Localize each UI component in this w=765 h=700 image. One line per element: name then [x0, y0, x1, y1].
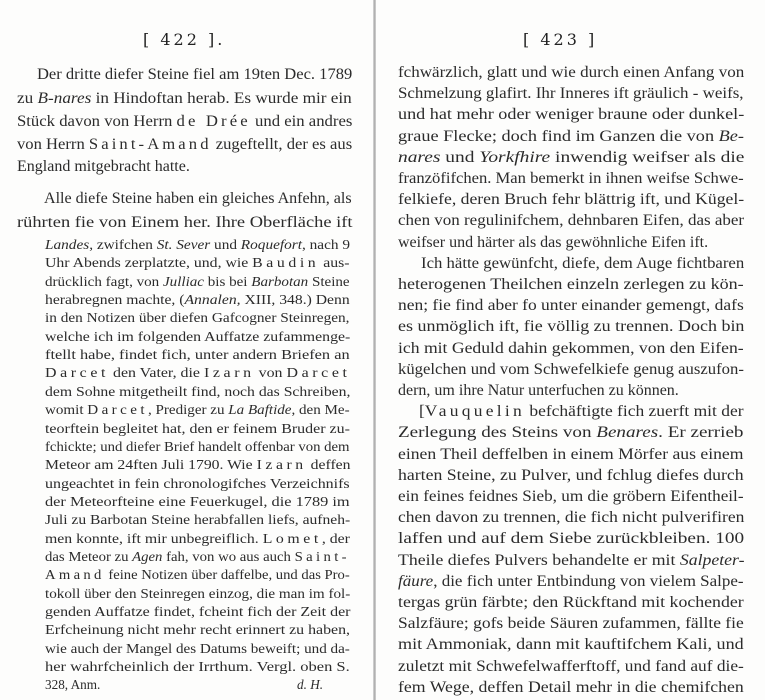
footnote-line: men konnte, ift mir unbegreiflich. Lomet…: [45, 531, 350, 547]
text-line: Schmelzung glafirt. Ihr Inneres ift gräu…: [398, 85, 744, 103]
text-line: chen von regulinifchem, dehnbaren Eifen,…: [398, 212, 744, 230]
text-line: von Herrn Saint-Amand zugeftellt, der es…: [17, 136, 352, 154]
text-line: harten Steine, zu Pulver, und fchlug die…: [398, 467, 744, 485]
text-line: Salzfäure; gofs beide Säuren zufammen, f…: [398, 615, 744, 633]
text-line: tergas grün färbte; den Rückftand mit ko…: [398, 594, 744, 612]
footnote-line: drücklich fagt, von Julliac bis bei Barb…: [45, 274, 350, 290]
footnote-line: teorftein begleitet hat, den er feinem B…: [45, 421, 350, 437]
footnote-line: Uhr Abends zerplatzte, und, wie Baudin a…: [45, 255, 350, 271]
footnote-line: das Meteor zu Agen fah, von wo aus auch …: [45, 549, 350, 565]
text-line: kügelchen und vom Schwefelkiefe genug au…: [398, 361, 744, 379]
text-line: Theile diefes Pulvers behandelte er mit …: [398, 552, 745, 570]
footnote-line: ftellt habe, findet fich, unter andern B…: [45, 347, 350, 363]
footnote-line: ungeachtet in fein chronologifches Verze…: [45, 476, 350, 492]
page-number-left: [ 422 ].: [143, 30, 225, 49]
text-line: laffen und auf dem Siebe zurückbleiben. …: [398, 530, 744, 548]
text-line: chen davon zu trennen, die fich nicht pu…: [398, 509, 744, 527]
text-line: Der dritte diefer Steine fiel am 19ten D…: [37, 66, 352, 84]
footnote-line: der Meteorfteine eine Feuerkugel, die 17…: [45, 494, 350, 510]
text-line: zu B-nares in Hindoftan herab. Es wurde …: [17, 90, 352, 108]
text-line: fäure, die fich unter Entbindung von vie…: [398, 573, 744, 591]
text-line: nen; fie find aber fo unter einander gem…: [398, 297, 744, 315]
footnote-line: welche ich im folgenden Auffatze zufamme…: [45, 329, 350, 345]
footnote-line: dem Sohne mitgetheilt find, noch das Sch…: [45, 384, 350, 400]
text-line: einen Theil deffelben in einem Mörfer au…: [398, 446, 743, 464]
text-line: es unmöglich ift, fie völlig zu trennen.…: [398, 318, 744, 336]
footnote-line: Amand feine Notizen über daffelbe, und d…: [45, 567, 350, 583]
text-line: fchwärzlich, glatt und wie durch einen A…: [398, 64, 744, 82]
footnote-line: womit Darcet, Prediger zu La Baftide, de…: [45, 402, 350, 418]
text-line: nares und Yorkfhire inwendig weifser als…: [398, 149, 744, 167]
text-line: Alle diefe Steine haben ein gleiches Anf…: [44, 190, 352, 208]
footnote-line: Darcet den Vater, die Izarn von Darcet: [45, 365, 351, 381]
footnote-line: in den Notizen über diefen Gafcogner Ste…: [45, 310, 349, 326]
text-line: und hat mehr oder weniger braune oder du…: [398, 106, 744, 124]
right-page: [ 423 ] fchwärzlich, glatt und wie durch…: [378, 0, 765, 700]
text-line: ein feines feidnes Sieb, um die gröbern …: [398, 488, 744, 506]
footnote-line: herabregnen machte, (Annalen, XIII, 348.…: [45, 292, 350, 308]
text-line: rührten fie von Einem her. Ihre Oberfläc…: [17, 214, 353, 232]
footnote-signature: d. H.: [297, 677, 323, 693]
text-line: franzöfifchen. Man bemerkt in ihnen weif…: [398, 170, 744, 188]
text-line: weifser und härter als das gewöhnliche E…: [398, 234, 708, 252]
text-line: zuletzt mit Schwefelwafferftoff, und fan…: [398, 658, 744, 676]
text-line: Zerlegung des Steins von Benares. Er zer…: [398, 424, 743, 442]
text-line: England mitgebracht hatte.: [17, 158, 190, 176]
footnote-line: tokoll über den Steinregen einzog, die m…: [45, 586, 350, 602]
text-line: Ich hätte gewünfcht, diefe, dem Auge fic…: [421, 255, 744, 273]
text-line: ich mit Geduld dahin gekommen, von den E…: [398, 340, 744, 358]
text-line: Stück davon von Herrn de Drée und ein an…: [17, 113, 352, 131]
text-line: fem Wege, deffen Detail mehr in die chem…: [398, 679, 744, 697]
book-gutter: [373, 0, 376, 700]
footnote-line: Erfcheinung nicht mehr recht erinnert zu…: [45, 622, 350, 638]
text-line: felkiefe, deren Bruch fehr blättrig ift,…: [398, 191, 744, 209]
footnote-line: wie auch der Mangel des Datums beweift; …: [45, 641, 350, 657]
left-page: [ 422 ]. Der dritte diefer Steine fiel a…: [0, 0, 372, 700]
page-number-right: [ 423 ]: [523, 30, 597, 49]
footnote-line: her wahrfcheinlich der Irrthum. Vergl. o…: [45, 659, 350, 675]
footnote-line: Landes, zwifchen St. Sever und Roquefort…: [45, 237, 350, 253]
text-line: dern, um ihre Natur unterfuchen zu könne…: [398, 382, 679, 400]
footnote-line: Juli zu Barbotan Steine herabfallen lief…: [45, 512, 350, 528]
text-line: mit Ammoniak, dann mit kauftifchem Kali,…: [398, 636, 744, 654]
text-line: [Vauquelin befchäftigte fich zuerft mit …: [419, 403, 744, 421]
footnote-line: genden Auffatze findet, fcheint fich der…: [45, 604, 350, 620]
text-line: heterogenen Theilchen einzeln zerlegen z…: [398, 276, 744, 294]
book-spread: [ 422 ]. Der dritte diefer Steine fiel a…: [0, 0, 765, 700]
footnote-line: fchickte; und diefer Brief handelt offen…: [45, 439, 350, 455]
text-line: graue Flecke; doch find im Ganzen die vo…: [398, 128, 744, 146]
footnote-line: Meteor am 24ften Juli 1790. Wie Izarn de…: [45, 457, 351, 473]
footnote-line: 328, Anm.: [45, 677, 100, 693]
